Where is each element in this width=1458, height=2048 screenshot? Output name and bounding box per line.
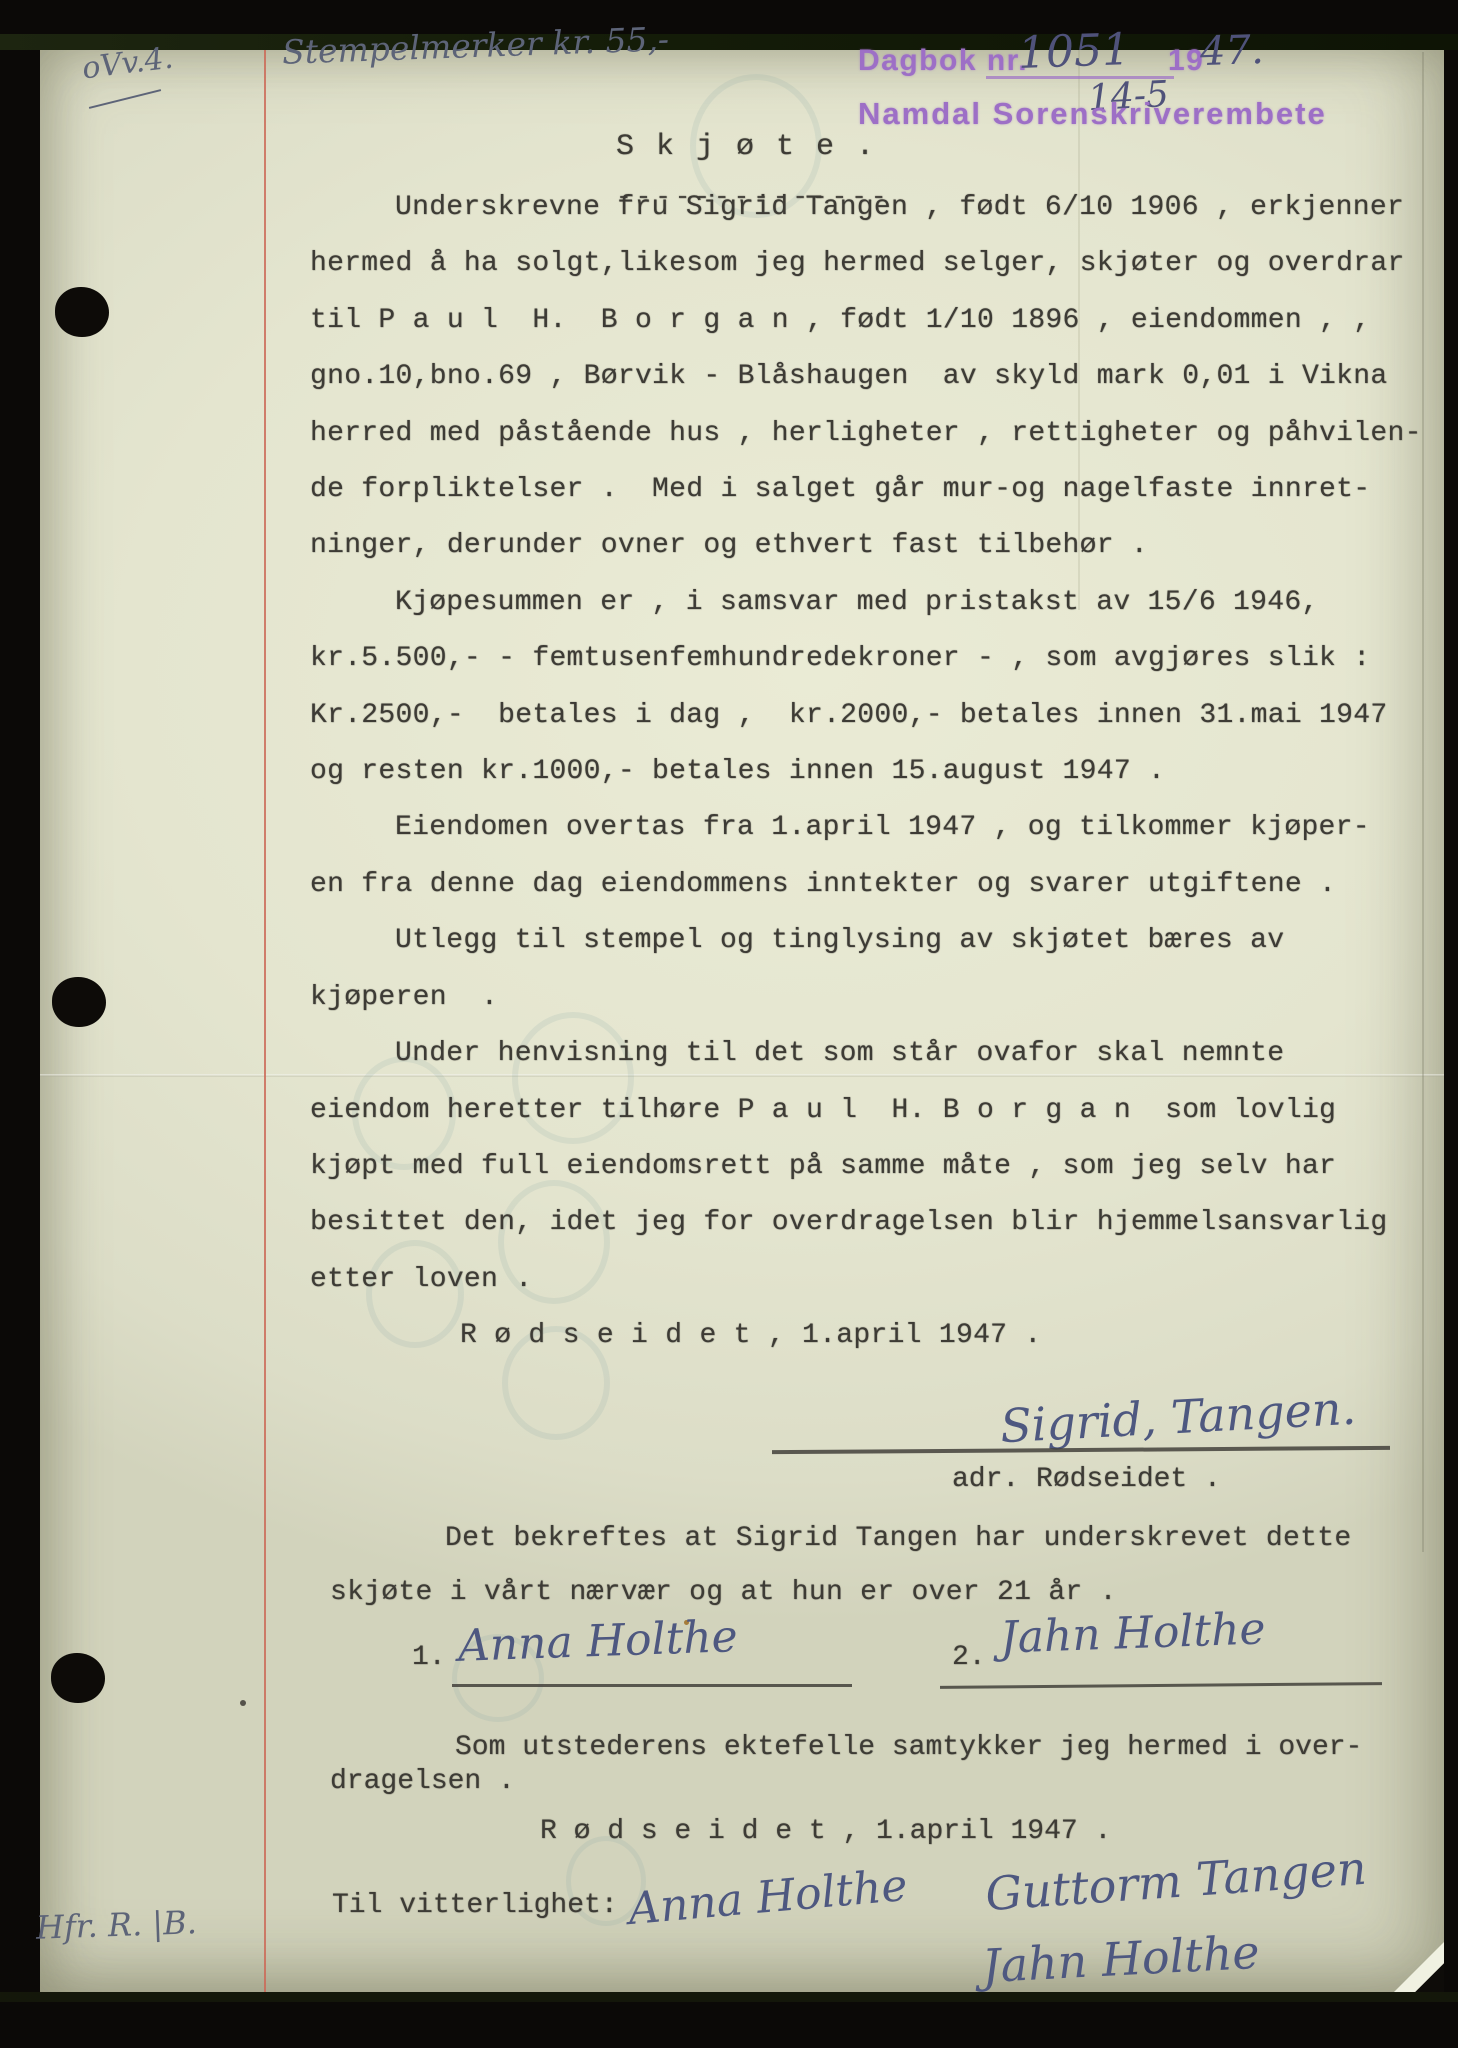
punch-hole-bottom bbox=[51, 1653, 105, 1703]
typewritten-line: Eiendomen overtas fra 1.april 1947 , og … bbox=[395, 800, 1458, 856]
attestation-text: Det bekreftes at Sigrid Tangen har under… bbox=[330, 1512, 1450, 1620]
typewritten-line: R ø d s e i d e t , 1.april 1947 . bbox=[460, 1308, 1458, 1364]
dagbok-number-handwritten: 1051 bbox=[1017, 24, 1131, 79]
typewritten-line: eiendom heretter tilhøre P a u l H. B o … bbox=[310, 1083, 1458, 1139]
typewritten-line: gno.10,bno.69 , Børvik - Blåshaugen av s… bbox=[310, 349, 1458, 405]
typewritten-line: Under henvisning til det som står ovafor… bbox=[395, 1026, 1458, 1082]
typewritten-line: Kjøpesummen er , i samsvar med pristakst… bbox=[395, 575, 1458, 631]
typewritten-line: besittet den, idet jeg for overdragelsen… bbox=[310, 1195, 1458, 1251]
spouse-consent-place-date: R ø d s e i d e t , 1.april 1947 . bbox=[540, 1816, 1111, 1847]
court-office-stamp: Namdal Sorenskriverembete bbox=[858, 96, 1327, 132]
typewritten-line: hermed å ha solgt,likesom jeg hermed sel… bbox=[310, 236, 1458, 292]
typewritten-line: til P a u l H. B o r g a n , født 1/10 1… bbox=[310, 293, 1458, 349]
paper-speck bbox=[240, 1700, 246, 1706]
seller-address: adr. Rødseidet . bbox=[952, 1464, 1221, 1495]
dagbok-year-printed: 19 bbox=[1168, 44, 1204, 78]
witness-caption: Til vitterlighet: bbox=[332, 1890, 618, 1921]
witness-1-signature: Anna Holthe bbox=[457, 1611, 738, 1672]
typewritten-line: Kr.2500,- betales i dag , kr.2000,- beta… bbox=[310, 688, 1458, 744]
typewritten-line: Underskrevne fru Sigrid Tangen , født 6/… bbox=[395, 180, 1458, 236]
typewritten-line: herred med påstående hus , herligheter ,… bbox=[310, 406, 1458, 462]
deed-body-text: Underskrevne fru Sigrid Tangen , født 6/… bbox=[310, 180, 1458, 1365]
typewritten-line: kjøperen . bbox=[310, 970, 1458, 1026]
spouse-consent-line-1: Som utstederens ektefelle samtykker jeg … bbox=[455, 1732, 1362, 1763]
witness-2-number: 2. bbox=[952, 1642, 986, 1673]
typewritten-line: Utlegg til stempel og tinglysing av skjø… bbox=[395, 913, 1458, 969]
dagbok-stamp-label: Dagbok nr. bbox=[858, 44, 1028, 78]
punch-hole-middle bbox=[52, 977, 106, 1027]
typewritten-line: de forpliktelser . Med i salget går mur-… bbox=[310, 462, 1458, 518]
typewritten-line: Det bekreftes at Sigrid Tangen har under… bbox=[445, 1512, 1450, 1566]
typewritten-line: en fra denne dag eiendommens inntekter o… bbox=[310, 857, 1458, 913]
archive-reference-note: Hfr. R. |B. bbox=[35, 1903, 197, 1947]
spouse-consent-line-2: dragelsen . bbox=[330, 1766, 515, 1797]
typewritten-line: ninger, derunder ovner og ethvert fast t… bbox=[310, 518, 1458, 574]
typewritten-line: skjøte i vårt nærvær og at hun er over 2… bbox=[330, 1566, 1450, 1620]
typewritten-line: og resten kr.1000,- betales innen 15.aug… bbox=[310, 744, 1458, 800]
scanned-deed-page: oVv.4. Stempelmerker kr. 55,- Dagbok nr.… bbox=[0, 0, 1458, 2048]
witness-1-signature-line bbox=[452, 1684, 852, 1687]
document-title: S k j ø t e . bbox=[616, 130, 876, 164]
typewritten-line: kjøpt med full eiendomsrett på samme måt… bbox=[310, 1139, 1458, 1195]
typewritten-line: kr.5.500,- - femtusenfemhundredekroner -… bbox=[310, 631, 1458, 687]
dagbok-year-handwritten: 47. bbox=[1199, 27, 1264, 75]
scanner-edge-tint-bottom bbox=[0, 1992, 1458, 2002]
witness-2-signature: Jahn Holthe bbox=[999, 1603, 1266, 1663]
typewritten-line: etter loven . bbox=[310, 1252, 1458, 1308]
witness-1-number: 1. bbox=[412, 1642, 446, 1673]
red-margin-rule bbox=[264, 50, 266, 1992]
punch-hole-top bbox=[55, 287, 109, 337]
